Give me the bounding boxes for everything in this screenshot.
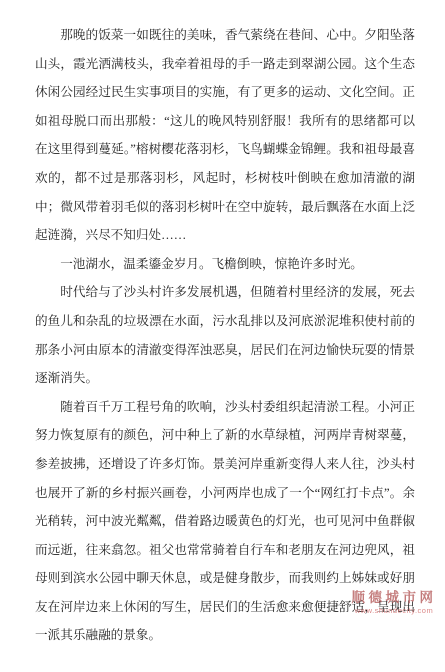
paragraph-2: 一池湖水，温柔鎏金岁月。飞檐倒映，惊艳许多时光。: [35, 250, 415, 279]
paragraph-1: 那晚的饭菜一如既往的美味，香气萦绕在巷间、心中。夕阳坠落山头，霞光洒满枝头，我牵…: [35, 21, 415, 250]
paragraph-3: 时代给与了沙头村许多发展机遇，但随着村里经济的发展，死去的鱼儿和杂乱的垃圾漂在水…: [35, 278, 415, 392]
essay-body: 那晚的饭菜一如既往的美味，香气萦绕在巷间、心中。夕阳坠落山头，霞光洒满枝头，我牵…: [35, 21, 415, 650]
document-page: 那晚的饭菜一如既往的美味，香气萦绕在巷间、心中。夕阳坠落山头，霞光洒满枝头，我牵…: [0, 0, 445, 672]
paragraph-4: 随着百千万工程号角的吹响，沙头村委组织起清淤工程。小河正努力恢复原有的颜色，河中…: [35, 393, 415, 650]
